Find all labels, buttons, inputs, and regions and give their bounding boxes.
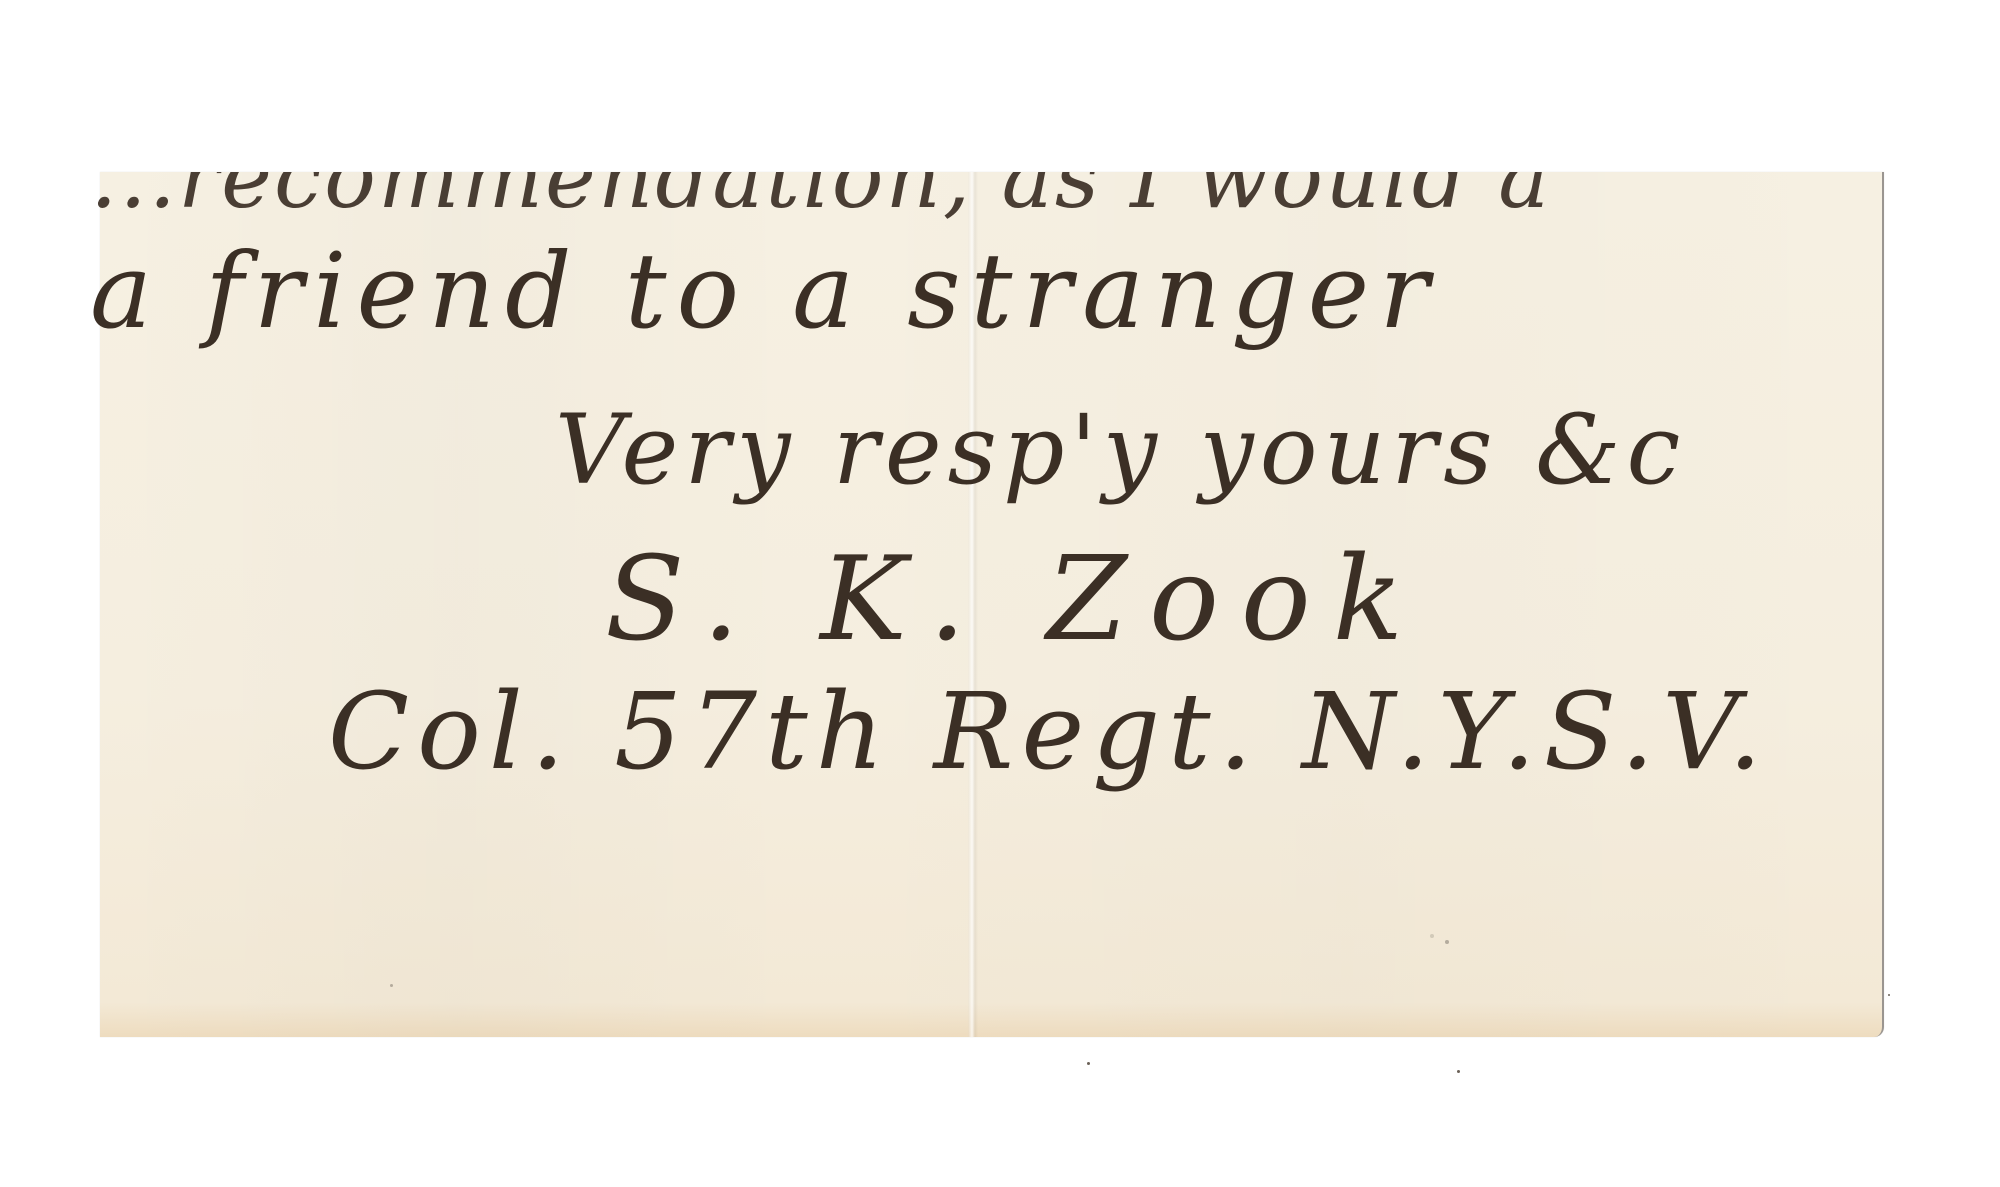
stray-mark (1457, 1070, 1460, 1073)
paper-speck (1445, 940, 1449, 944)
page-background: ...recommendation, as I would a a friend… (0, 0, 2000, 1187)
handwritten-closing: Very resp'y yours &c (555, 394, 1686, 506)
handwritten-line-partial: ...recommendation, as I would a (90, 128, 1552, 228)
handwritten-line-body: a friend to a stranger (90, 230, 1439, 352)
letter-paper: ...recommendation, as I would a a friend… (100, 172, 1884, 1037)
stray-mark (1087, 1062, 1090, 1065)
stray-mark (1888, 994, 1890, 996)
paper-speck (390, 984, 393, 987)
paper-speck (1430, 934, 1434, 938)
handwritten-signature: S. K. Zook (605, 532, 1425, 667)
handwritten-rank-regiment: Col. 57th Regt. N.Y.S.V. (328, 670, 1770, 793)
